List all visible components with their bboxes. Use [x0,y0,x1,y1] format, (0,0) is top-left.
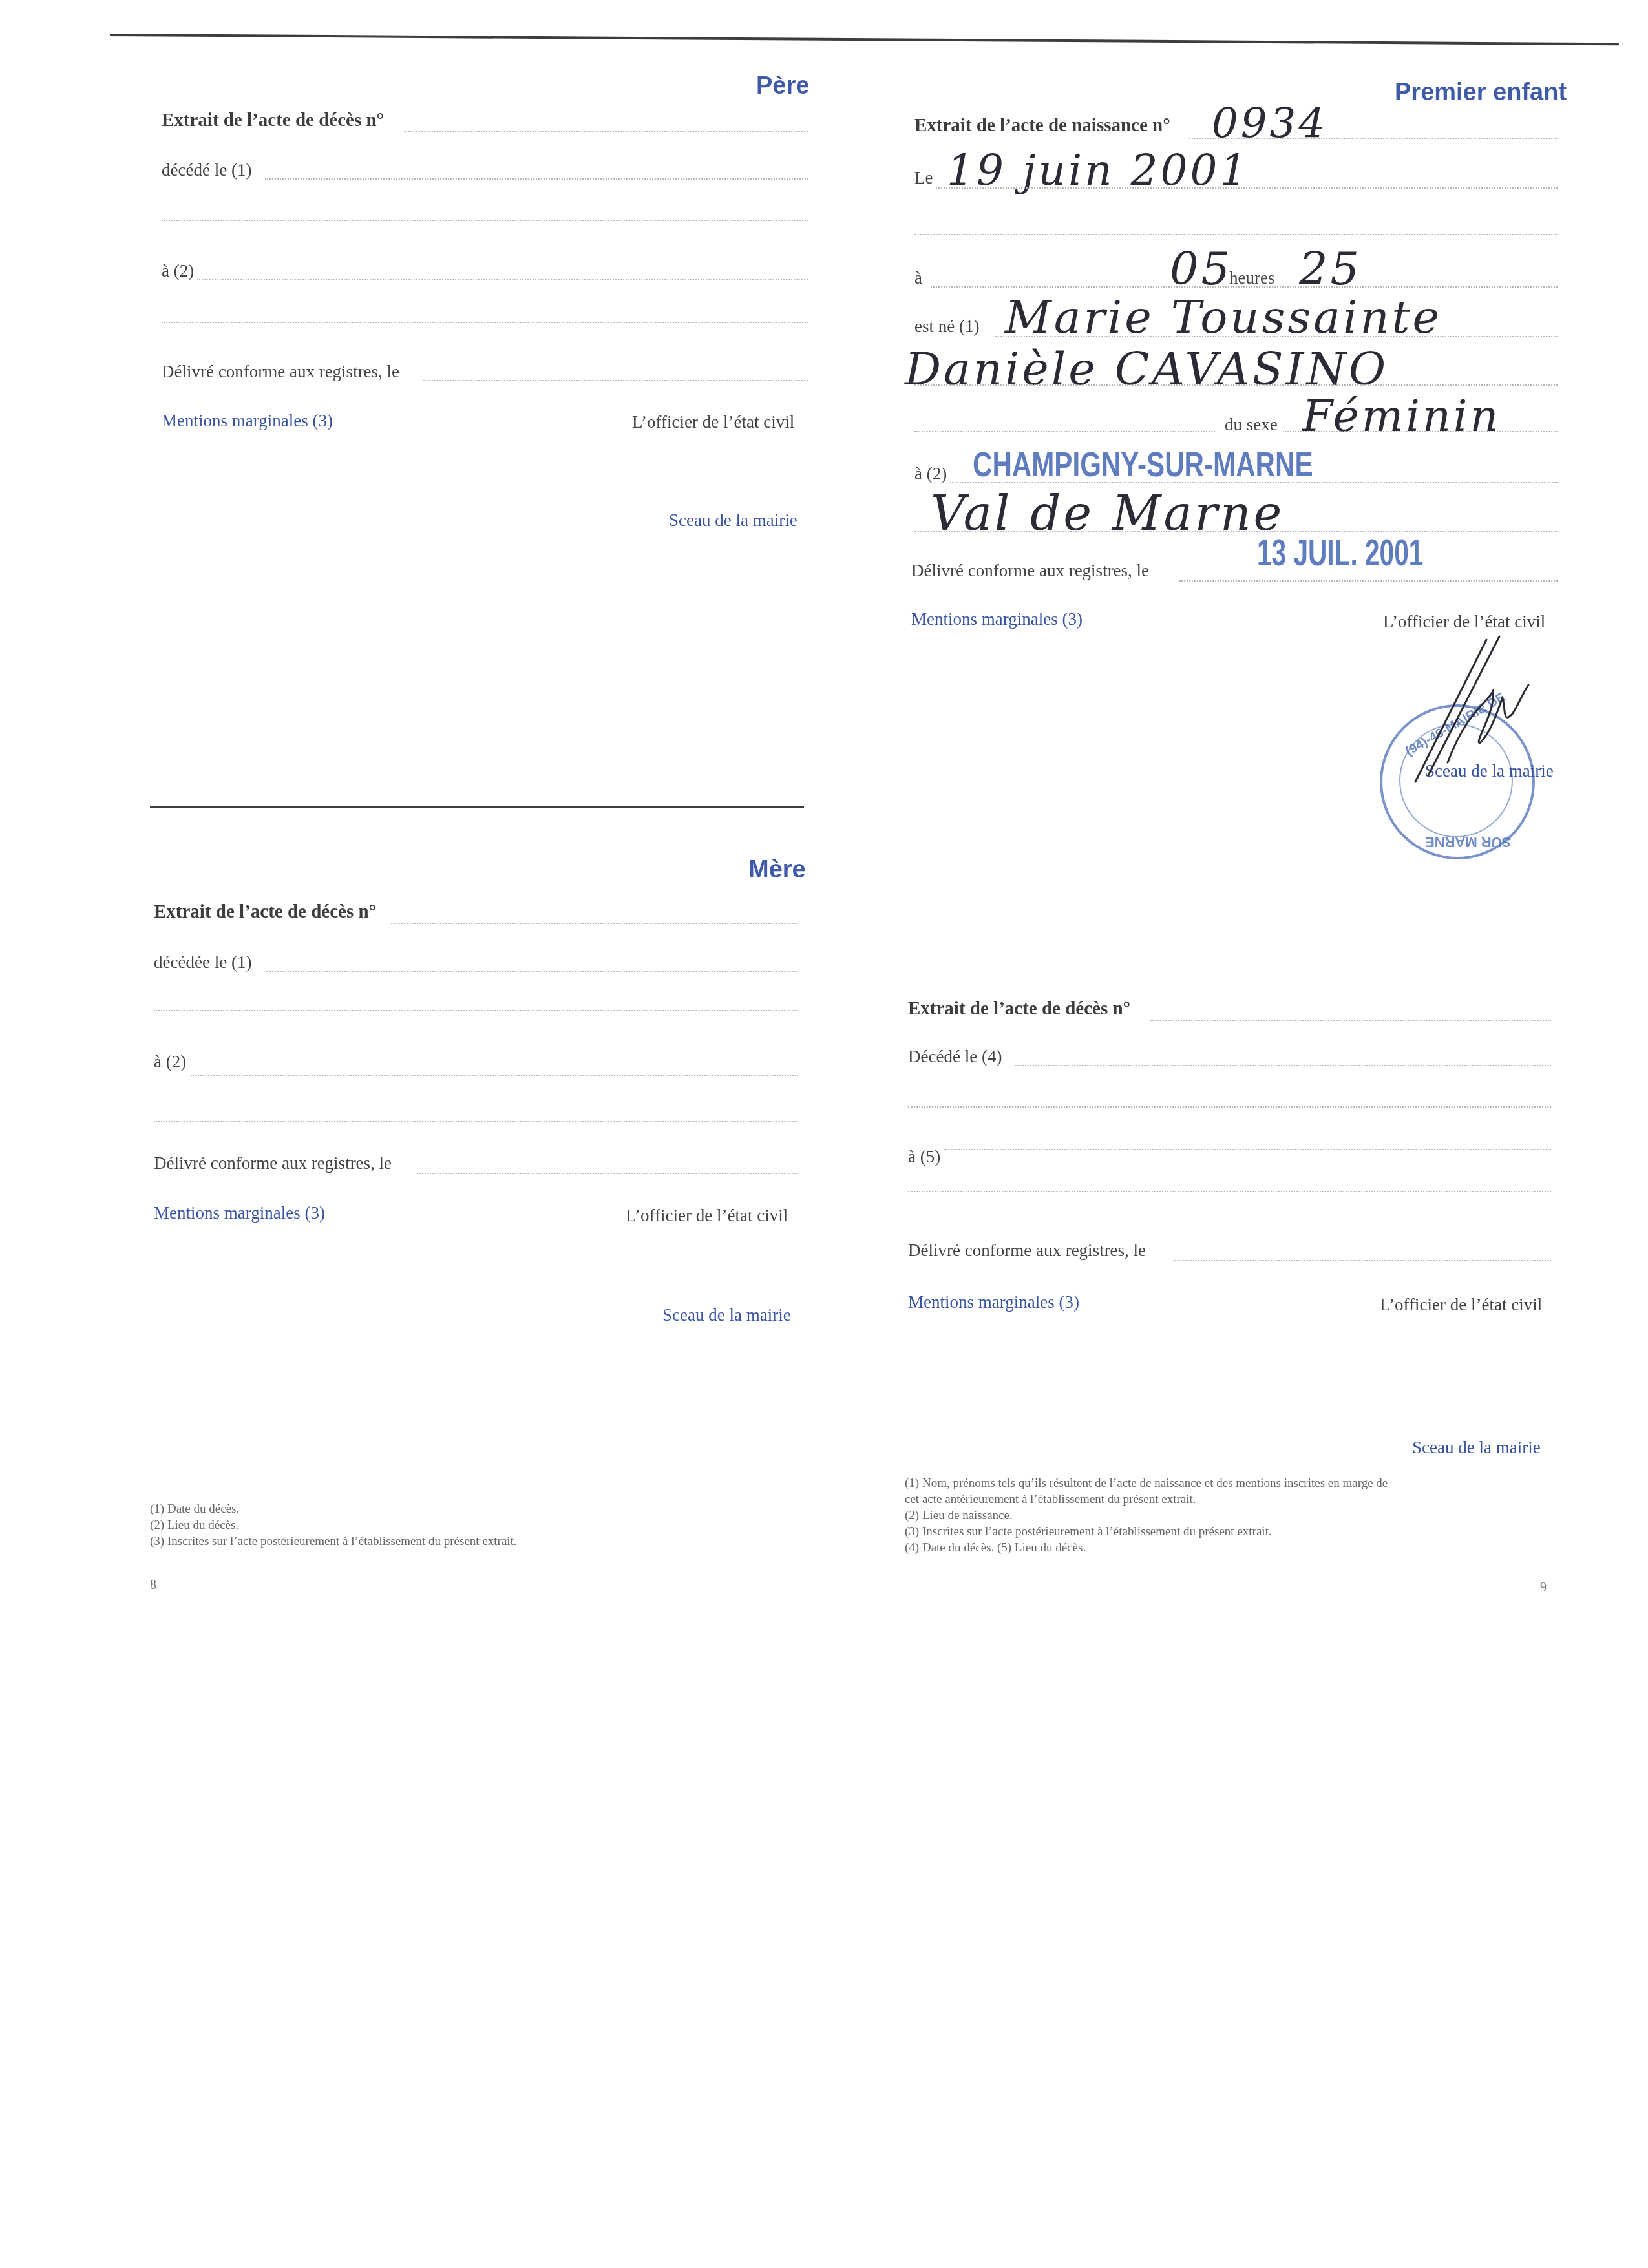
mere-heading: Mère [748,856,806,884]
mere-decede-field[interactable] [266,971,798,972]
right-footnote-4: (4) Date du décès. (5) Lieu du décès. [905,1540,1086,1556]
mere-lieu-label: à (2) [154,1052,186,1072]
seal-text-bottom: SUR MARNE [1425,834,1511,850]
left-footnote-1: (1) Date du décès. [150,1501,239,1517]
naissance-sexe-field[interactable] [1283,431,1558,432]
premier-enfant-heading: Premier enfant [1395,79,1567,107]
pere-decede-field-2[interactable] [162,220,808,221]
naissance-lieu-line2: Val de Marne [931,486,1284,541]
left-page-number: 8 [150,1578,156,1593]
mere-extrait-label: Extrait de l’acte de décès n° [154,901,376,923]
middle-rule [150,806,804,808]
pere-mentions-label: Mentions marginales (3) [162,411,333,431]
naissance-lieu-field-2[interactable] [914,531,1558,532]
mere-decede-field-2[interactable] [154,1010,798,1011]
naissance-a-label: à [914,268,922,288]
deces-decede-label: Décédé le (4) [908,1047,1002,1067]
officer-signature-icon [1389,633,1558,801]
pere-heading: Père [756,72,809,100]
deces-lieu-field-2[interactable] [908,1191,1551,1192]
naissance-date-field-2[interactable] [914,234,1558,235]
pere-delivre-label: Délivré conforme aux registres, le [162,362,399,382]
naissance-delivre-field[interactable] [1179,580,1558,582]
mere-delivre-field[interactable] [417,1173,798,1174]
pere-sceau-label: Sceau de la mairie [669,510,798,530]
mere-lieu-field[interactable] [191,1075,798,1076]
naissance-lieu-label: à (2) [914,464,947,484]
naissance-sexe-value: Féminin [1302,391,1501,442]
naissance-name-line2: Danièle CAVASINO [905,342,1388,395]
mere-sceau-label: Sceau de la mairie [662,1305,791,1325]
deces-mentions-label: Mentions marginales (3) [908,1292,1079,1312]
naissance-extrait-label: Extrait de l’acte de naissance n° [914,115,1170,136]
naissance-lieu-field[interactable] [950,482,1558,483]
right-footnote-1: (1) Nom, prénoms tels qu’ils résultent d… [905,1475,1388,1491]
pere-decede-label: décédé le (1) [162,160,251,180]
naissance-delivre-label: Délivré conforme aux registres, le [911,561,1149,581]
naissance-number-value: 0934 [1212,100,1327,148]
right-page-number: 9 [1540,1580,1547,1595]
naissance-lieu-stamp: CHAMPIGNY-SUR-MARNE [973,445,1313,485]
deces-delivre-field[interactable] [1173,1260,1551,1261]
naissance-mentions-label: Mentions marginales (3) [911,609,1083,629]
naissance-extrait-field[interactable] [1189,138,1558,139]
mere-lieu-field-2[interactable] [154,1121,798,1122]
pere-lieu-field-2[interactable] [162,322,808,323]
pere-lieu-field[interactable] [197,279,808,280]
naissance-name-field[interactable] [995,336,1558,337]
pere-decede-field[interactable] [265,178,808,180]
naissance-date-field[interactable] [936,187,1558,189]
left-footnote-2: (2) Lieu du décès. [150,1517,238,1533]
mere-extrait-field[interactable] [391,923,798,924]
deces-lieu-field[interactable] [944,1149,1551,1150]
pere-extrait-label: Extrait de l’acte de décès n° [162,110,384,131]
top-rule [110,34,1619,45]
pere-lieu-label: à (2) [162,261,194,281]
right-footnote-1b: cet acte antérieurement à l’établissemen… [905,1491,1196,1507]
deces-extrait-label: Extrait de l’acte de décès n° [908,998,1130,1020]
naissance-le-label: Le [914,168,933,188]
deces-extrait-field[interactable] [1150,1020,1551,1021]
deces-lieu-label: à (5) [908,1147,940,1167]
deces-officier-label: L’officier de l’état civil [1380,1295,1542,1315]
mere-officier-label: L’officier de l’état civil [626,1206,788,1226]
right-footnote-2: (2) Lieu de naissance. [905,1507,1013,1524]
mere-decede-label: décédée le (1) [154,952,251,972]
pere-officier-label: L’officier de l’état civil [632,412,794,432]
pere-delivre-field[interactable] [423,380,808,381]
naissance-heures-label: heures [1229,268,1274,288]
naissance-hour-value: 05 [1170,242,1232,295]
naissance-sexe-label: du sexe [1225,415,1278,435]
right-footnote-3: (3) Inscrites sur l’acte postérieurement… [905,1524,1272,1540]
naissance-sexe-pre-field[interactable] [914,431,1215,432]
naissance-est-ne-label: est né (1) [914,317,979,337]
mere-mentions-label: Mentions marginales (3) [154,1203,325,1223]
pere-extrait-field[interactable] [404,131,808,132]
deces-decede-field-2[interactable] [908,1106,1551,1108]
deces-delivre-label: Délivré conforme aux registres, le [908,1241,1146,1261]
deces-decede-field[interactable] [1015,1065,1551,1066]
naissance-delivre-stamp: 13 JUIL. 2001 [1257,531,1423,574]
mere-delivre-label: Délivré conforme aux registres, le [154,1153,392,1173]
naissance-name-field-2[interactable] [914,384,1558,386]
naissance-officier-label: L’officier de l’état civil [1383,612,1545,632]
left-footnote-3: (3) Inscrites sur l’acte postérieurement… [150,1533,517,1549]
deces-sceau-label: Sceau de la mairie [1412,1438,1541,1458]
naissance-minute-value: 25 [1299,242,1362,295]
